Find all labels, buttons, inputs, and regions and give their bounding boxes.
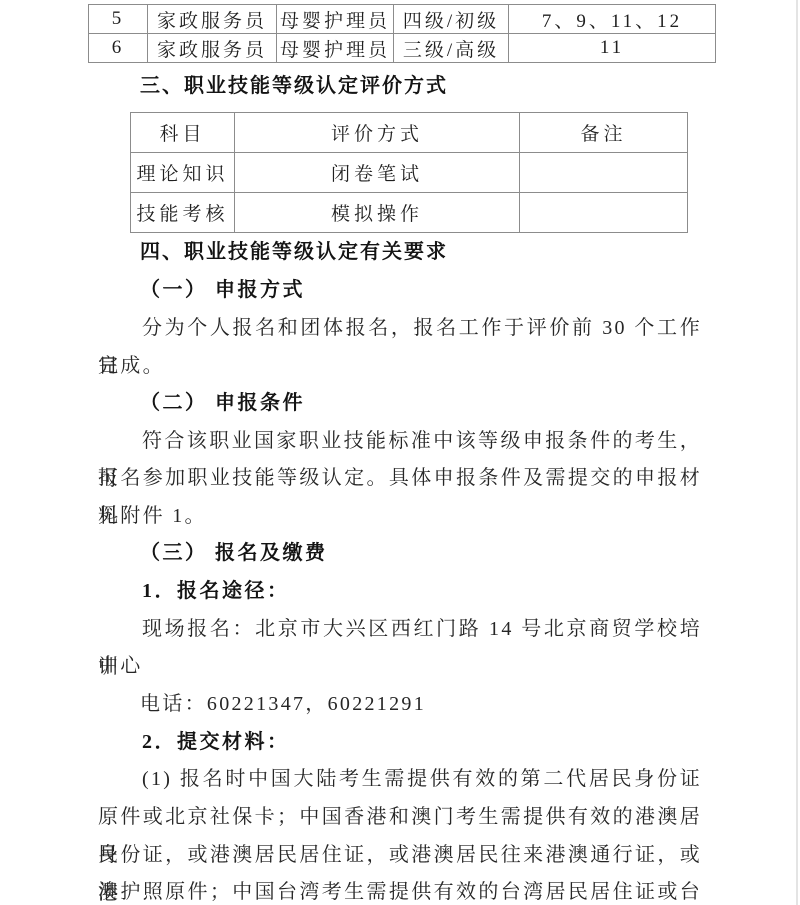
- header-method: 评价方式: [235, 113, 520, 153]
- body-line: 身份证，或港澳居民居住证，或港澳居民往来港澳通行证，或港: [98, 836, 702, 874]
- evaluation-table: 科目 评价方式 备注 理论知识 闭卷笔试 技能考核 模拟操作: [130, 112, 688, 233]
- body-line: 中心: [98, 647, 702, 685]
- months-cell: 11: [509, 34, 716, 63]
- direction-cell: 母婴护理员: [277, 5, 394, 34]
- subject-cell: 技能考核: [131, 193, 235, 233]
- body-line: (1) 报名时中国大陆考生需提供有效的第二代居民身份证: [98, 760, 702, 798]
- subsection-title-application-conditions: （二） 申报条件: [140, 384, 305, 422]
- section-heading-requirements: 四、职业技能等级认定有关要求: [140, 233, 448, 271]
- body-line: 现场报名：北京市大兴区西红门路 14 号北京商贸学校培训: [98, 610, 702, 648]
- remark-cell: [520, 153, 688, 193]
- months-cell: 7、9、11、12: [509, 5, 716, 34]
- body-line: 分为个人报名和团体报名，报名工作于评价前 30 个工作日: [98, 309, 702, 347]
- header-subject: 科目: [131, 113, 235, 153]
- occupation-cell: 家政服务员: [148, 5, 277, 34]
- document-page: { "page": { "background": "#ffffff", "te…: [0, 0, 800, 905]
- remark-cell: [520, 193, 688, 233]
- subject-cell: 理论知识: [131, 153, 235, 193]
- table-row: 6 家政服务员 母婴护理员 三级/高级 11: [89, 34, 716, 63]
- table-row: 技能考核 模拟操作: [131, 193, 688, 233]
- page-edge-line: [796, 0, 798, 905]
- direction-cell: 母婴护理员: [277, 34, 394, 63]
- table-row: 理论知识 闭卷笔试: [131, 153, 688, 193]
- level-cell: 三级/高级: [394, 34, 509, 63]
- header-remark: 备注: [520, 113, 688, 153]
- row-number-cell: 6: [89, 34, 148, 63]
- item-title-registration-channel: 1．报名途径：: [142, 572, 290, 610]
- body-line: 报名参加职业技能等级认定。具体申报条件及需提交的申报材料: [98, 459, 702, 497]
- table-row: 5 家政服务员 母婴护理员 四级/初级 7、9、11、12: [89, 5, 716, 34]
- item-title-submission-materials: 2．提交材料：: [142, 723, 290, 761]
- occupation-cell: 家政服务员: [148, 34, 277, 63]
- body-line: 符合该职业国家职业技能标准中该等级申报条件的考生，可: [98, 422, 702, 460]
- subsection-title-application-method: （一） 申报方式: [140, 271, 305, 309]
- schedule-table: 5 家政服务员 母婴护理员 四级/初级 7、9、11、12 6 家政服务员 母婴…: [88, 4, 716, 63]
- phone-line: 电话：60221347，60221291: [140, 685, 702, 723]
- body-line: 澳护照原件；中国台湾考生需提供有效的台湾居民居住证或台湾: [98, 873, 702, 905]
- subsection-title-registration-payment: （三） 报名及缴费: [140, 534, 328, 572]
- method-cell: 闭卷笔试: [235, 153, 520, 193]
- level-cell: 四级/初级: [394, 5, 509, 34]
- body-line: 原件或北京社保卡；中国香港和澳门考生需提供有效的港澳居民: [98, 798, 702, 836]
- section-heading-evaluation-method: 三、职业技能等级认定评价方式: [140, 67, 448, 105]
- method-cell: 模拟操作: [235, 193, 520, 233]
- table-header-row: 科目 评价方式 备注: [131, 113, 688, 153]
- body-line: 完成。: [98, 347, 702, 385]
- row-number-cell: 5: [89, 5, 148, 34]
- body-line: 见附件 1。: [98, 497, 702, 535]
